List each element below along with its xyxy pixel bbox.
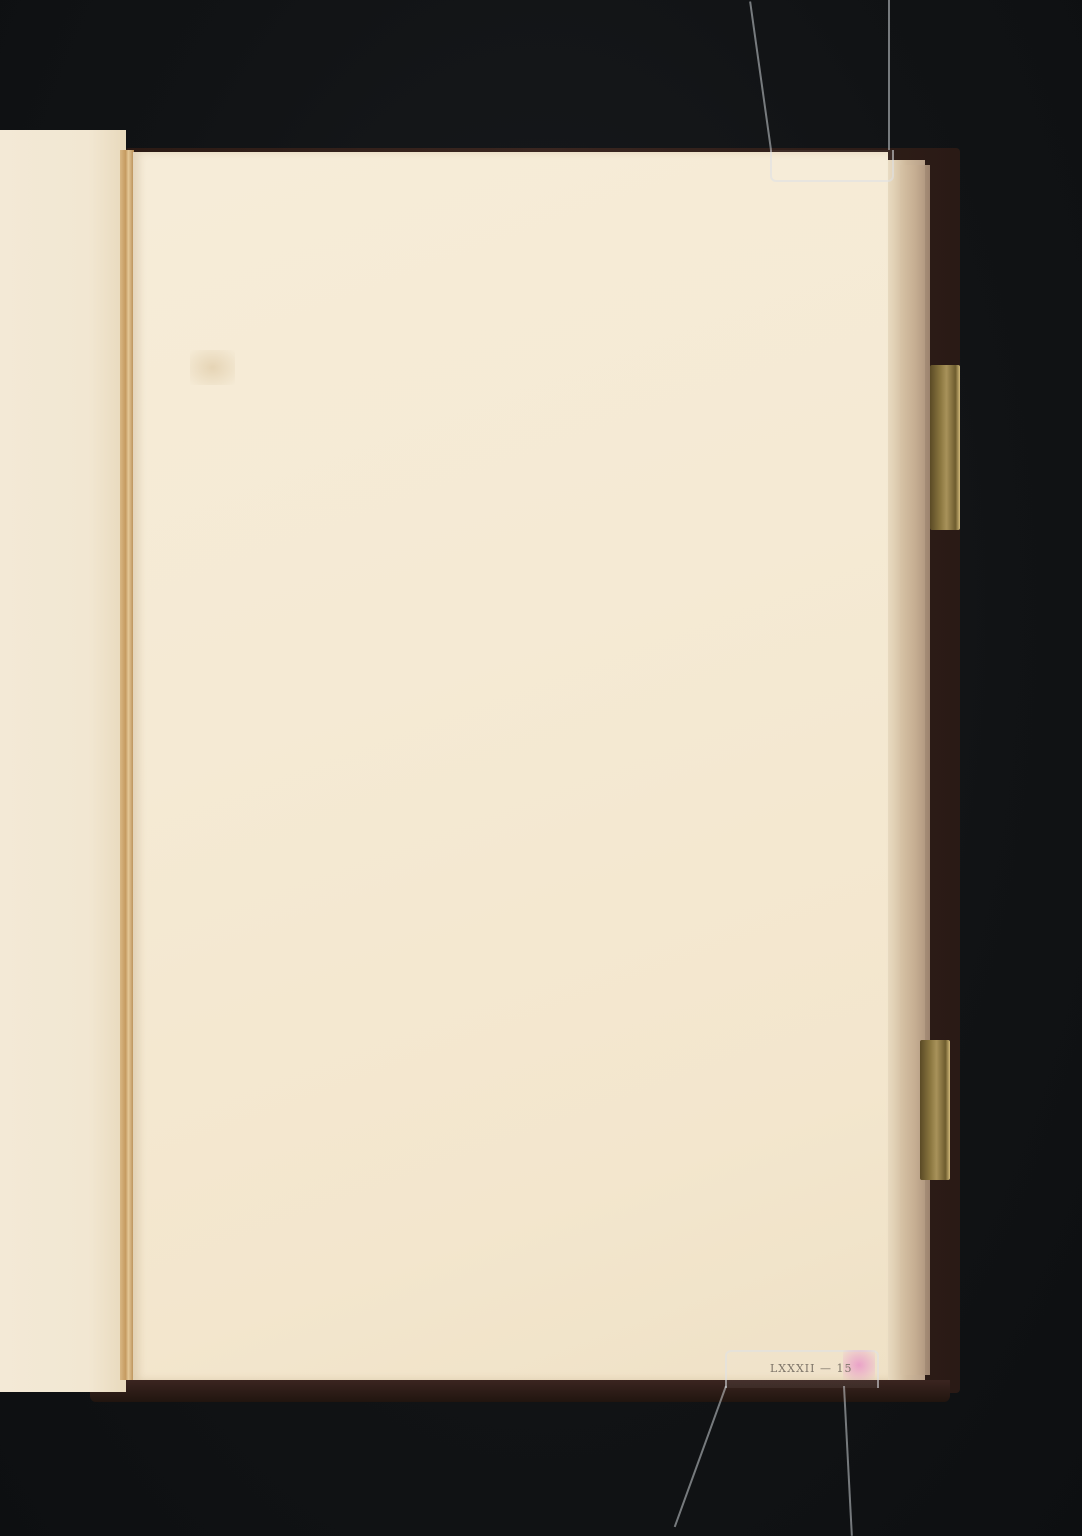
foxing-stain xyxy=(190,350,235,385)
gutter-page-edges xyxy=(120,150,134,1380)
page-stack-inner-edges xyxy=(900,165,930,1375)
mylar-corner-support-top xyxy=(770,150,894,182)
mylar-strand-top-right xyxy=(888,0,890,150)
brass-clasp-top xyxy=(930,365,960,530)
left-page xyxy=(0,130,126,1392)
brass-clasp-bottom xyxy=(920,1040,950,1180)
catalogue-stamp: LXXXII — 15 xyxy=(770,1362,852,1375)
right-page-blank xyxy=(133,152,888,1380)
